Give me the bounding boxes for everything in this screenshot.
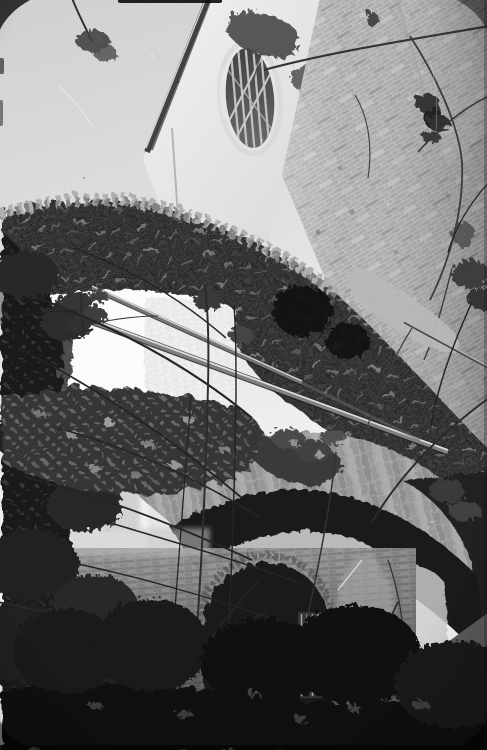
- film-grain: [0, 0, 487, 750]
- photograph: Ruined brick arches of an abandoned buil…: [0, 0, 487, 750]
